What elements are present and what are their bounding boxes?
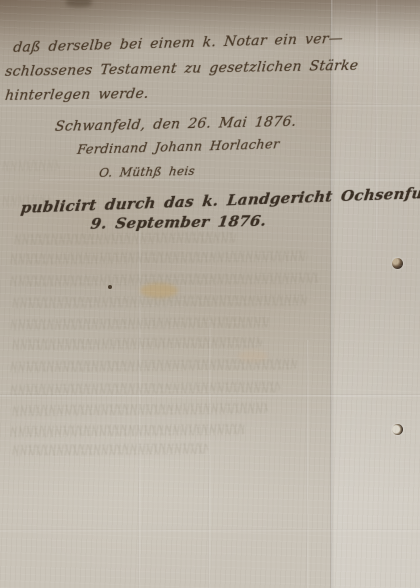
faint-stain <box>238 350 268 362</box>
document-photo: daß derselbe bei einem k. Notar ein ver—… <box>0 0 420 588</box>
bleedthrough-line <box>12 232 237 245</box>
publication-note-line-2: 9. September 1876. <box>89 212 267 233</box>
edge-smudge <box>66 0 92 7</box>
bleedthrough-line <box>8 317 270 331</box>
dateline: Schwanfeld, den 26. Mai 1876. <box>54 114 297 135</box>
punch-hole-top <box>392 258 403 269</box>
bleedthrough-line <box>8 382 280 396</box>
bleedthrough-line <box>10 337 262 351</box>
horizontal-fold-crease <box>40 178 420 181</box>
signature-line: Ferdinand Johann Horlacher <box>76 137 280 158</box>
horizontal-fold-crease <box>0 529 420 532</box>
bleedthrough-line <box>10 443 208 456</box>
bleedthrough-line <box>8 424 246 437</box>
amber-stain <box>140 283 178 298</box>
vertical-fold-crease <box>306 340 309 588</box>
handwriting-line-1: daß derselbe bei einem k. Notar ein ver— <box>12 31 343 56</box>
handwriting-line-3: hinterlegen werde. <box>4 86 149 104</box>
ink-dot <box>108 285 112 289</box>
bleedthrough-line <box>0 160 60 172</box>
punch-hole-bottom <box>392 424 403 435</box>
bleedthrough-line <box>10 403 268 417</box>
vertical-fold-crease-main <box>330 0 333 588</box>
handwriting-line-2: schlossenes Testament zu gesetzlichen St… <box>4 58 359 80</box>
horizontal-fold-crease <box>0 104 420 107</box>
signature-subline: O. Müthß heis <box>98 164 196 180</box>
bleedthrough-line <box>8 250 308 264</box>
